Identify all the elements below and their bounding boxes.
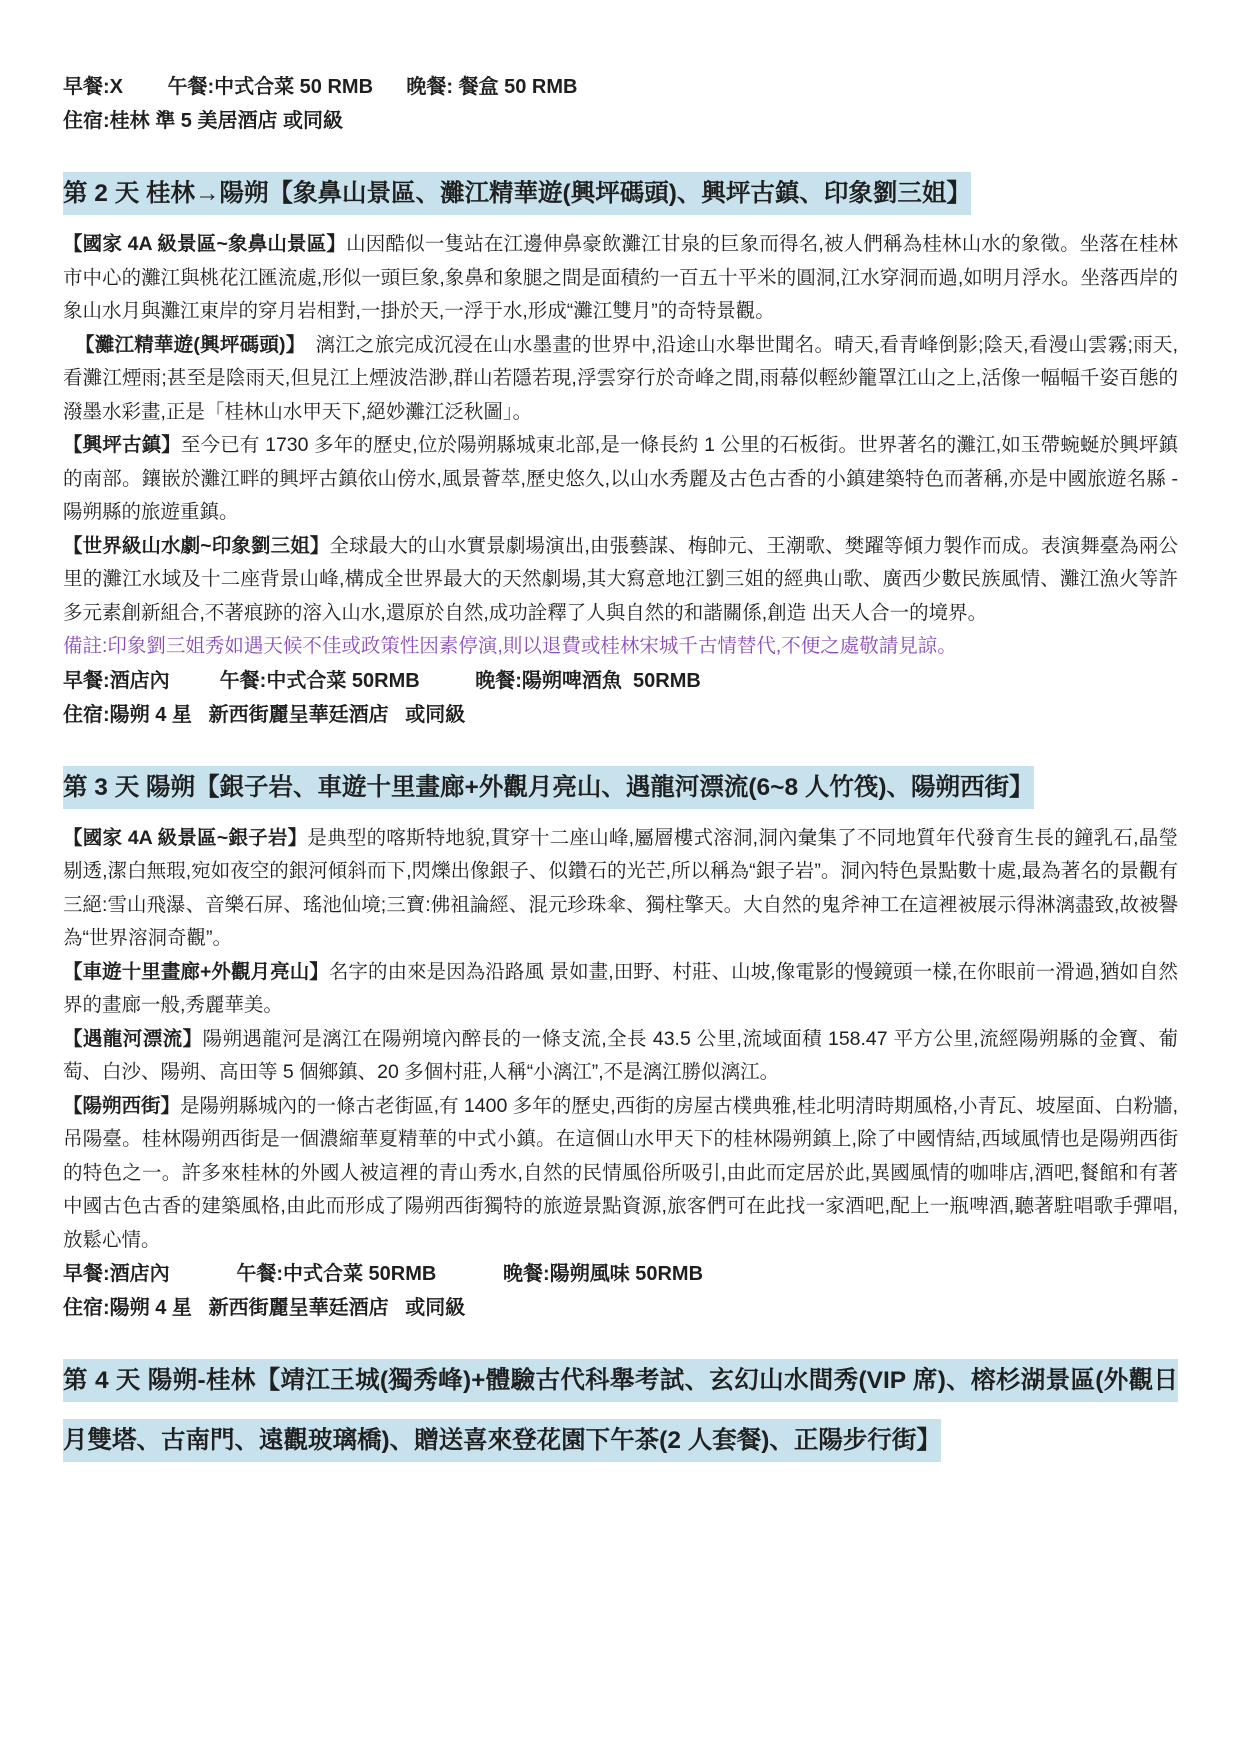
day3-meals-line: 早餐:酒店內 午餐:中式合菜 50RMB 晚餐:陽朔風味 50RMB xyxy=(63,1257,1178,1291)
paragraph-tag: 【灘江精華遊(興坪碼頭)】 xyxy=(75,334,296,356)
paragraph-text: 是陽朔縣城內的一條古老街區,有 1400 多年的歷史,西街的房屋古樸典雅,桂北明… xyxy=(63,1095,1178,1251)
day3-header: 第 3 天 陽朔【銀子岩、車遊十里畫廊+外觀月亮山、遇龍河漂流(6~8 人竹筏)… xyxy=(63,758,1178,818)
day1-meals-line: 早餐:X 午餐:中式合菜 50 RMB 晚餐: 餐盒 50 RMB xyxy=(63,70,1178,104)
day4-header: 第 4 天 陽朔-桂林【靖江王城(獨秀峰)+體驗古代科舉考試、玄幻山水間秀(VI… xyxy=(63,1351,1178,1471)
day2-paragraph-impression-liusanjie: 【世界級山水劇~印象劉三姐】全球最大的山水實景劇場演出,由張藝謀、梅帥元、王潮歌… xyxy=(63,530,1178,631)
day3-paragraph-ten-mile-gallery: 【車遊十里畫廊+外觀月亮山】名字的由來是因為沿路風 景如畫,田野、村莊、山坡,像… xyxy=(63,956,1178,1023)
paragraph-text: 陽朔遇龍河是漓江在陽朔境內醉長的一條支流,全長 43.5 公里,流域面積 158… xyxy=(63,1028,1178,1084)
day2-header: 第 2 天 桂林→陽朔【象鼻山景區、灘江精華遊(興坪碼頭)、興坪古鎮、印象劉三姐… xyxy=(63,164,1178,224)
day3-paragraph-yulong-river: 【遇龍河漂流】陽朔遇龍河是漓江在陽朔境內醉長的一條支流,全長 43.5 公里,流… xyxy=(63,1023,1178,1090)
paragraph-tag: 【國家 4A 級景區~象鼻山景區】 xyxy=(63,233,346,255)
day3-paragraph-west-street: 【陽朔西街】是陽朔縣城內的一條古老街區,有 1400 多年的歷史,西街的房屋古樸… xyxy=(63,1090,1178,1258)
day2-meals-line: 早餐:酒店內 午餐:中式合菜 50RMB 晚餐:陽朔啤酒魚 50RMB xyxy=(63,664,1178,698)
day3-paragraph-silver-cave: 【國家 4A 級景區~銀子岩】是典型的喀斯特地貌,貫穿十二座山峰,屬層樓式溶洞,… xyxy=(63,822,1178,956)
day2-lodging-line: 住宿:陽朔 4 星 新西街麗呈華廷酒店 或同級 xyxy=(63,698,1178,732)
paragraph-tag: 【世界級山水劇~印象劉三姐】 xyxy=(63,535,329,557)
day2-section: 第 2 天 桂林→陽朔【象鼻山景區、灘江精華遊(興坪碼頭)、興坪古鎮、印象劉三姐… xyxy=(63,164,1178,732)
day3-section: 第 3 天 陽朔【銀子岩、車遊十里畫廊+外觀月亮山、遇龍河漂流(6~8 人竹筏)… xyxy=(63,758,1178,1326)
day2-header-text: 第 2 天 桂林→陽朔【象鼻山景區、灘江精華遊(興坪碼頭)、興坪古鎮、印象劉三姐… xyxy=(63,172,971,215)
paragraph-tag: 【車遊十里畫廊+外觀月亮山】 xyxy=(63,961,329,983)
paragraph-tag: 【陽朔西街】 xyxy=(63,1095,180,1117)
day2-paragraph-elephant-hill: 【國家 4A 級景區~象鼻山景區】山因酷似一隻站在江邊伸鼻豪飲灘江甘泉的巨象而得… xyxy=(63,228,1178,329)
day4-header-text: 第 4 天 陽朔-桂林【靖江王城(獨秀峰)+體驗古代科舉考試、玄幻山水間秀(VI… xyxy=(63,1359,1178,1462)
paragraph-tag: 【興坪古鎮】 xyxy=(63,434,181,456)
itinerary-document: 早餐:X 午餐:中式合菜 50 RMB 晚餐: 餐盒 50 RMB 住宿:桂林 … xyxy=(0,0,1241,1755)
day2-remark-line: 備註:印象劉三姐秀如遇天候不佳或政策性因素停演,則以退費或桂林宋城千古情替代,不… xyxy=(63,630,1178,664)
paragraph-tag: 【遇龍河漂流】 xyxy=(63,1028,203,1050)
day4-section: 第 4 天 陽朔-桂林【靖江王城(獨秀峰)+體驗古代科舉考試、玄幻山水間秀(VI… xyxy=(63,1351,1178,1471)
day2-paragraph-lijiang-cruise: 【灘江精華遊(興坪碼頭)】 漓江之旅完成沉浸在山水墨畫的世界中,沿途山水舉世聞名… xyxy=(63,329,1178,430)
day3-header-text: 第 3 天 陽朔【銀子岩、車遊十里畫廊+外觀月亮山、遇龍河漂流(6~8 人竹筏)… xyxy=(63,766,1034,809)
day2-paragraph-xingping-town: 【興坪古鎮】至今已有 1730 多年的歷史,位於陽朔縣城東北部,是一條長約 1 … xyxy=(63,429,1178,530)
day1-lodging-line: 住宿:桂林 準 5 美居酒店 或同級 xyxy=(63,104,1178,138)
paragraph-tag: 【國家 4A 級景區~銀子岩】 xyxy=(63,827,307,849)
paragraph-text: 至今已有 1730 多年的歷史,位於陽朔縣城東北部,是一條長約 1 公里的石板街… xyxy=(63,434,1178,523)
day3-lodging-line: 住宿:陽朔 4 星 新西街麗呈華廷酒店 或同級 xyxy=(63,1291,1178,1325)
